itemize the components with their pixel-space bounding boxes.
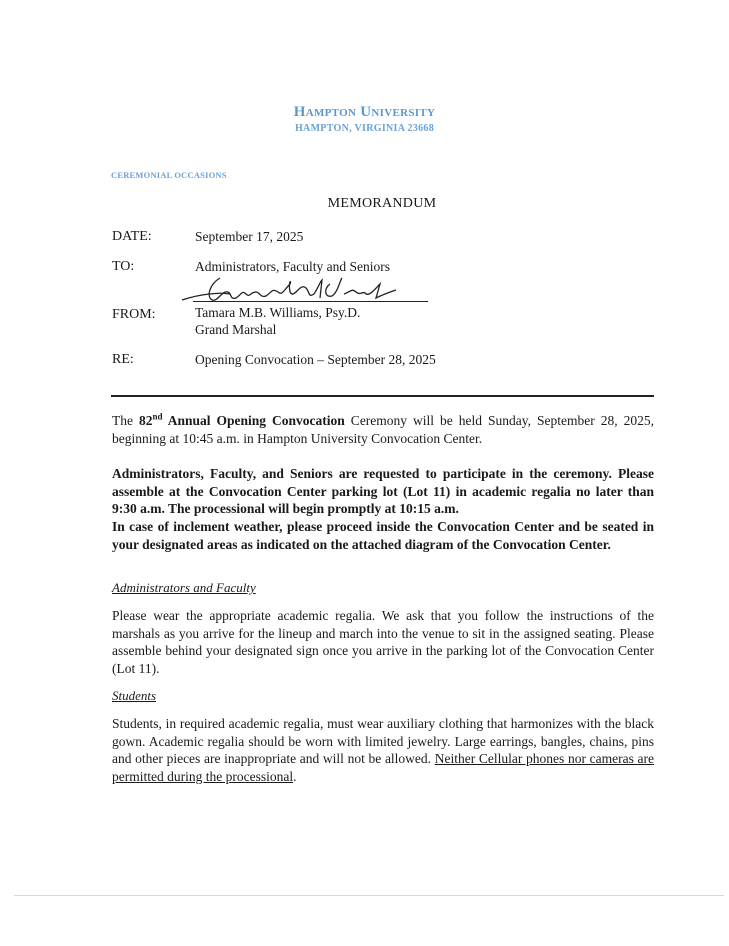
page-edge-line — [14, 895, 724, 896]
faculty-paragraph: Please wear the appropriate academic reg… — [112, 607, 654, 677]
date-label: DATE: — [112, 229, 152, 245]
header-divider — [111, 395, 654, 397]
re-value: Opening Convocation – September 28, 2025 — [195, 352, 436, 368]
weather-paragraph: In case of inclement weather, please pro… — [112, 518, 654, 553]
participation-paragraph: Administrators, Faculty, and Seniors are… — [112, 465, 654, 518]
signature-line — [193, 301, 428, 302]
students-paragraph: Students, in required academic regalia, … — [112, 715, 654, 785]
from-name: Tamara M.B. Williams, Psy.D. — [195, 305, 360, 321]
memo-title: MEMORANDUM — [0, 196, 729, 212]
re-label: RE: — [112, 352, 134, 368]
department-label: CEREMONIAL OCCASIONS — [111, 170, 227, 180]
students-heading: Students — [112, 688, 156, 704]
from-title: Grand Marshal — [195, 322, 276, 338]
from-label: FROM: — [112, 307, 156, 323]
faculty-heading: Administrators and Faculty — [112, 580, 256, 596]
date-value: September 17, 2025 — [195, 229, 303, 245]
intro-paragraph: The 82nd Annual Opening Convocation Cere… — [112, 412, 654, 447]
university-name: Hampton University — [0, 104, 729, 121]
university-address: HAMPTON, VIRGINIA 23668 — [0, 123, 729, 134]
to-label: TO: — [112, 259, 134, 275]
